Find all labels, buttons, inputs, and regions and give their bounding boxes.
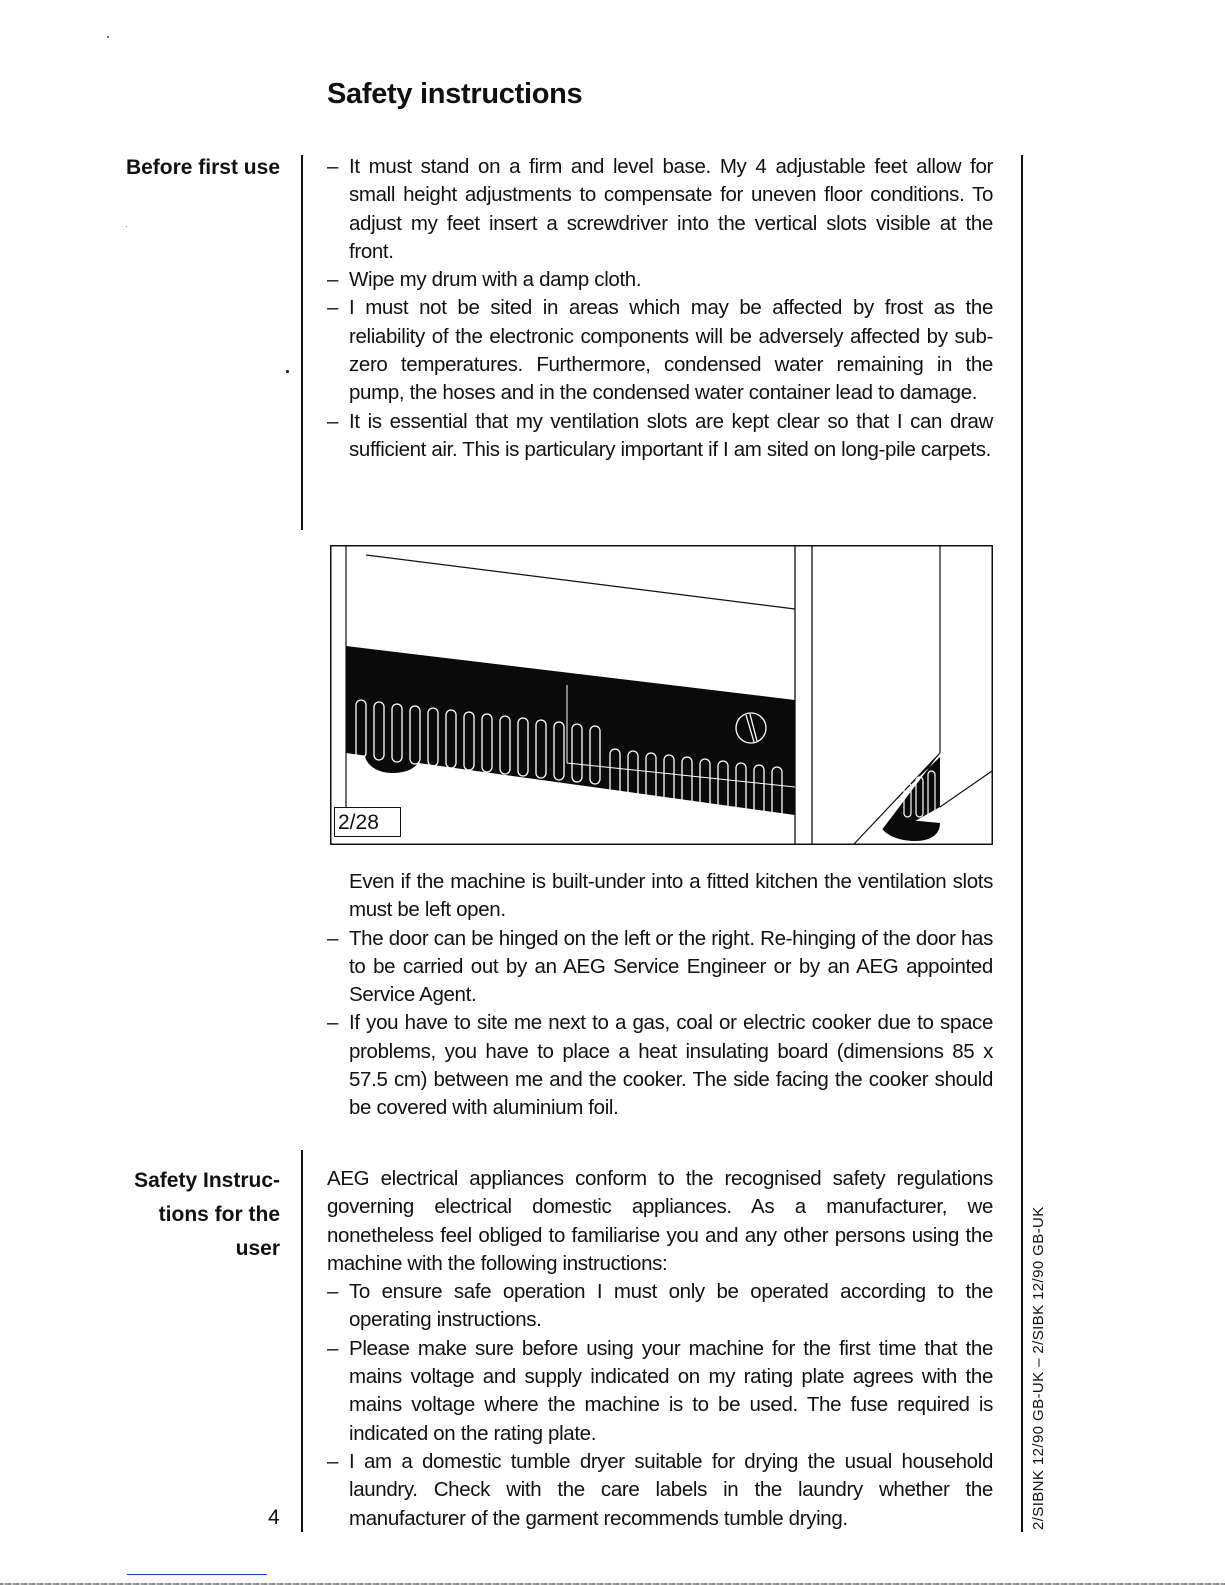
section-label-line: user: [134, 1232, 280, 1266]
figure-note: Even if the machine is built-under into …: [327, 868, 993, 925]
scan-speck: [107, 36, 109, 38]
list-item: –Please make sure before using your mach…: [327, 1335, 993, 1448]
section-label-line: tions for the: [134, 1198, 280, 1232]
left-margin-rule-1: [301, 155, 303, 530]
section-label-before-first-use: Before first use: [126, 151, 280, 185]
list-item: –It is essential that my ventilation slo…: [327, 408, 993, 465]
page-title: Safety instructions: [327, 78, 582, 111]
blue-underline-mark: [127, 1574, 267, 1575]
section-label-line: Safety Instruc-: [134, 1164, 280, 1198]
list-item: –I must not be sited in areas which may …: [327, 294, 993, 407]
after-figure-content: Even if the machine is built-under into …: [327, 868, 993, 1123]
section-label-safety-user: Safety Instruc- tions for the user: [134, 1164, 280, 1266]
section-label-line: Before first use: [126, 151, 280, 185]
list-item: –To ensure safe operation I must only be…: [327, 1278, 993, 1335]
left-margin-rule-2: [301, 1150, 303, 1532]
page-number: 4: [268, 1506, 280, 1530]
safety-intro: AEG electrical appliances conform to the…: [327, 1165, 993, 1278]
scan-speck: [286, 370, 289, 373]
list-item: –It must stand on a firm and level base.…: [327, 153, 993, 266]
list-item: –Wipe my drum with a damp cloth.: [327, 266, 993, 294]
list-item: –I am a domestic tumble dryer suitable f…: [327, 1448, 993, 1533]
list-item: –If you have to site me next to a gas, c…: [327, 1009, 993, 1122]
figure-dryer-base-illustration: 2/28: [330, 545, 993, 845]
list-item: –The door can be hinged on the left or t…: [327, 925, 993, 1010]
safety-user-content: AEG electrical appliances conform to the…: [327, 1165, 993, 1533]
before-first-use-list: –It must stand on a firm and level base.…: [327, 153, 993, 464]
dryer-base-illustration: [330, 545, 993, 845]
document-code: 2/SIBNK 12/90 GB-UK – 2/SIBK 12/90 GB-UK: [1030, 1206, 1047, 1530]
figure-label: 2/28: [334, 807, 401, 837]
right-margin-rule: [1021, 155, 1023, 1532]
scan-speck: [126, 226, 127, 227]
